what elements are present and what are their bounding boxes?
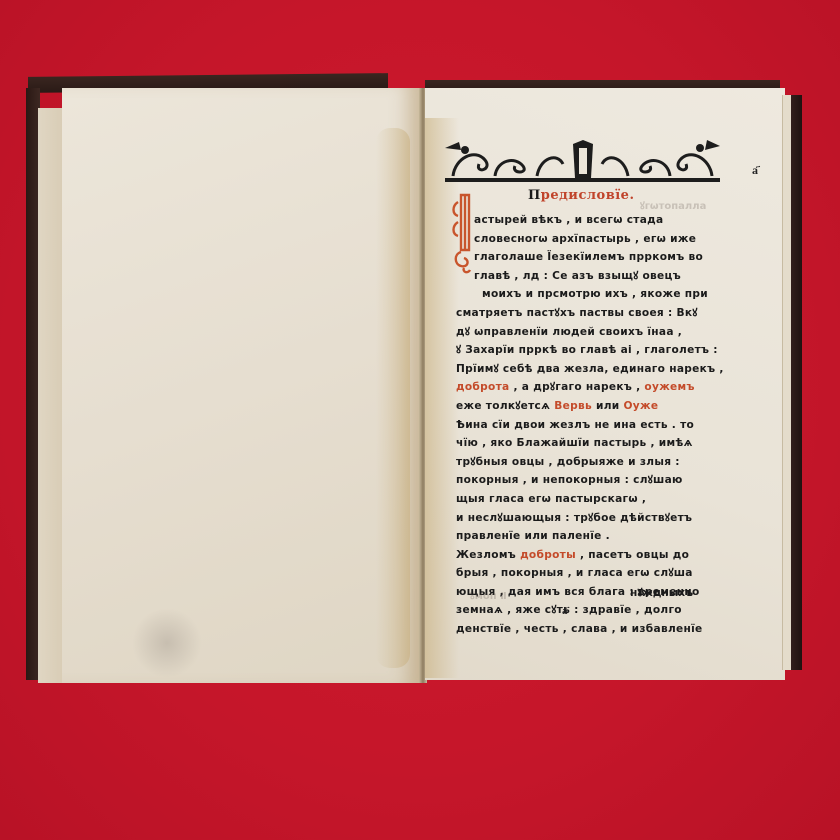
show-through-text: ꙋгѡтопалла (640, 198, 706, 212)
text-run: денствїе , честь , слава , и избавленїе (456, 623, 703, 635)
text-line: дꙋ ѡправленїи людей своихъ їнаа , (456, 323, 706, 342)
ornamental-headpiece-icon (445, 138, 720, 188)
text-run: покорныя , и непокорныя : слꙋшаю (456, 474, 683, 486)
text-line: доброта , а дрꙋгаго нарекъ , оужемъ (456, 378, 706, 397)
text-run: словесногѡ архїпастырь , егѡ иже (474, 233, 696, 245)
text-run: брыя , покорныя , и гласа егѡ слꙋша (456, 567, 693, 579)
rubric-word: доброта (456, 381, 509, 393)
rubric-word: доброты (520, 549, 576, 561)
catchword: нꙋждныхъ (630, 586, 693, 600)
text-run: дꙋ ѡправленїи людей своихъ їнаа , (456, 326, 682, 338)
heading-first-letter: П (528, 188, 541, 203)
text-line: брыя , покорныя , и гласа егѡ слꙋша (456, 564, 706, 583)
text-line: еже толкꙋетсѧ Вервь или Оуже (456, 397, 706, 416)
rubric-word: оужемъ (644, 381, 694, 393)
open-book: а҃ Предисловїе. астырей вѣкъ , и всегѡ с… (0, 0, 840, 840)
text-run: главѣ , лд : Се азъ взыщꙋ овецъ (474, 270, 681, 282)
text-line: чїю , яко Блажайшїи пастырь , имѣѧ (456, 434, 706, 453)
text-run: щыя гласа егѡ пастырскагѡ , (456, 493, 646, 505)
text-line: денствїе , честь , слава , и избавленїе (456, 620, 706, 639)
text-line: Жезломъ доброты , пасетъ овцы до (456, 546, 706, 565)
text-run: моихъ и прсмотрю ихъ , якоже при (482, 288, 708, 300)
text-run: Прїимꙋ себѣ два жезла, единаго нарекъ , (456, 363, 724, 375)
text-run: чїю , яко Блажайшїи пастырь , имѣѧ (456, 437, 693, 449)
text-run: земнаѧ , яже сꙋть : здравїе , долго (456, 604, 682, 616)
text-line: и неслꙋшающыя : трꙋбое дѣйствꙋетъ (456, 509, 706, 528)
text-run: трꙋбныя овцы , добрыяже и злыя : (456, 456, 680, 468)
rubric-word: Вервь (554, 400, 592, 412)
text-run: или (592, 400, 623, 412)
text-line: покорныя , и непокорныя : слꙋшаю (456, 471, 706, 490)
text-run: еже толкꙋетсѧ (456, 400, 554, 412)
text-line: земнаѧ , яже сꙋть : здравїе , долго (456, 601, 706, 620)
text-run: ꙋ Захарїи прркѣ во главѣ аі , глаголетъ … (456, 344, 718, 356)
foxing-spot (132, 608, 202, 678)
text-line: моихъ и прсмотрю ихъ , якоже при (456, 285, 706, 304)
text-line: словесногѡ архїпастырь , егѡ иже (456, 230, 706, 249)
text-line: глаголаше Їезекїилемъ прркомъ во (456, 248, 706, 267)
signature-mark: а҃ (562, 604, 568, 617)
text-run: сматряетъ пастꙋхъ паствы своея : Вкꙋ (456, 307, 698, 319)
show-through-text: ꙋмоп Ⅱ (470, 588, 507, 602)
text-line: правленїе или паленїе . (456, 527, 706, 546)
heading-dot: . (629, 188, 634, 203)
text-line: астырей вѣкъ , и всегѡ стада (456, 211, 706, 230)
text-line: щыя гласа егѡ пастырскагѡ , (456, 490, 706, 509)
rubric-word: Оуже (623, 400, 658, 412)
left-page-blank (62, 88, 420, 683)
page-heading: Предисловїе. (528, 188, 634, 203)
text-run: Жезломъ (456, 549, 520, 561)
text-run: астырей вѣкъ , и всегѡ стада (474, 214, 663, 226)
text-run: правленїе или паленїе . (456, 530, 610, 542)
folio-number: а҃ (752, 163, 758, 178)
water-stain (376, 128, 410, 668)
heading-rubric: редисловїе (541, 188, 630, 203)
main-text-block: астырей вѣкъ , и всегѡ стадасловесногѡ а… (456, 211, 706, 639)
text-line: ꙋ Захарїи прркѣ во главѣ аі , глаголетъ … (456, 341, 706, 360)
text-run: Ѣина сїи двои жезлъ не ина есть . то (456, 419, 694, 431)
text-line: сматряетъ пастꙋхъ паствы своея : Вкꙋ (456, 304, 706, 323)
text-run: , а дрꙋгаго нарекъ , (509, 381, 644, 393)
text-line: трꙋбныя овцы , добрыяже и злыя : (456, 453, 706, 472)
page-block-left-edge (38, 108, 65, 683)
text-line: Ѣина сїи двои жезлъ не ина есть . то (456, 416, 706, 435)
text-line: главѣ , лд : Се азъ взыщꙋ овецъ (456, 267, 706, 286)
text-run: глаголаше Їезекїилемъ прркомъ во (474, 251, 703, 263)
page-block-right-edge (782, 95, 791, 670)
text-run: , пасетъ овцы до (576, 549, 689, 561)
text-line: Прїимꙋ себѣ два жезла, единаго нарекъ , (456, 360, 706, 379)
text-run: и неслꙋшающыя : трꙋбое дѣйствꙋетъ (456, 512, 692, 524)
